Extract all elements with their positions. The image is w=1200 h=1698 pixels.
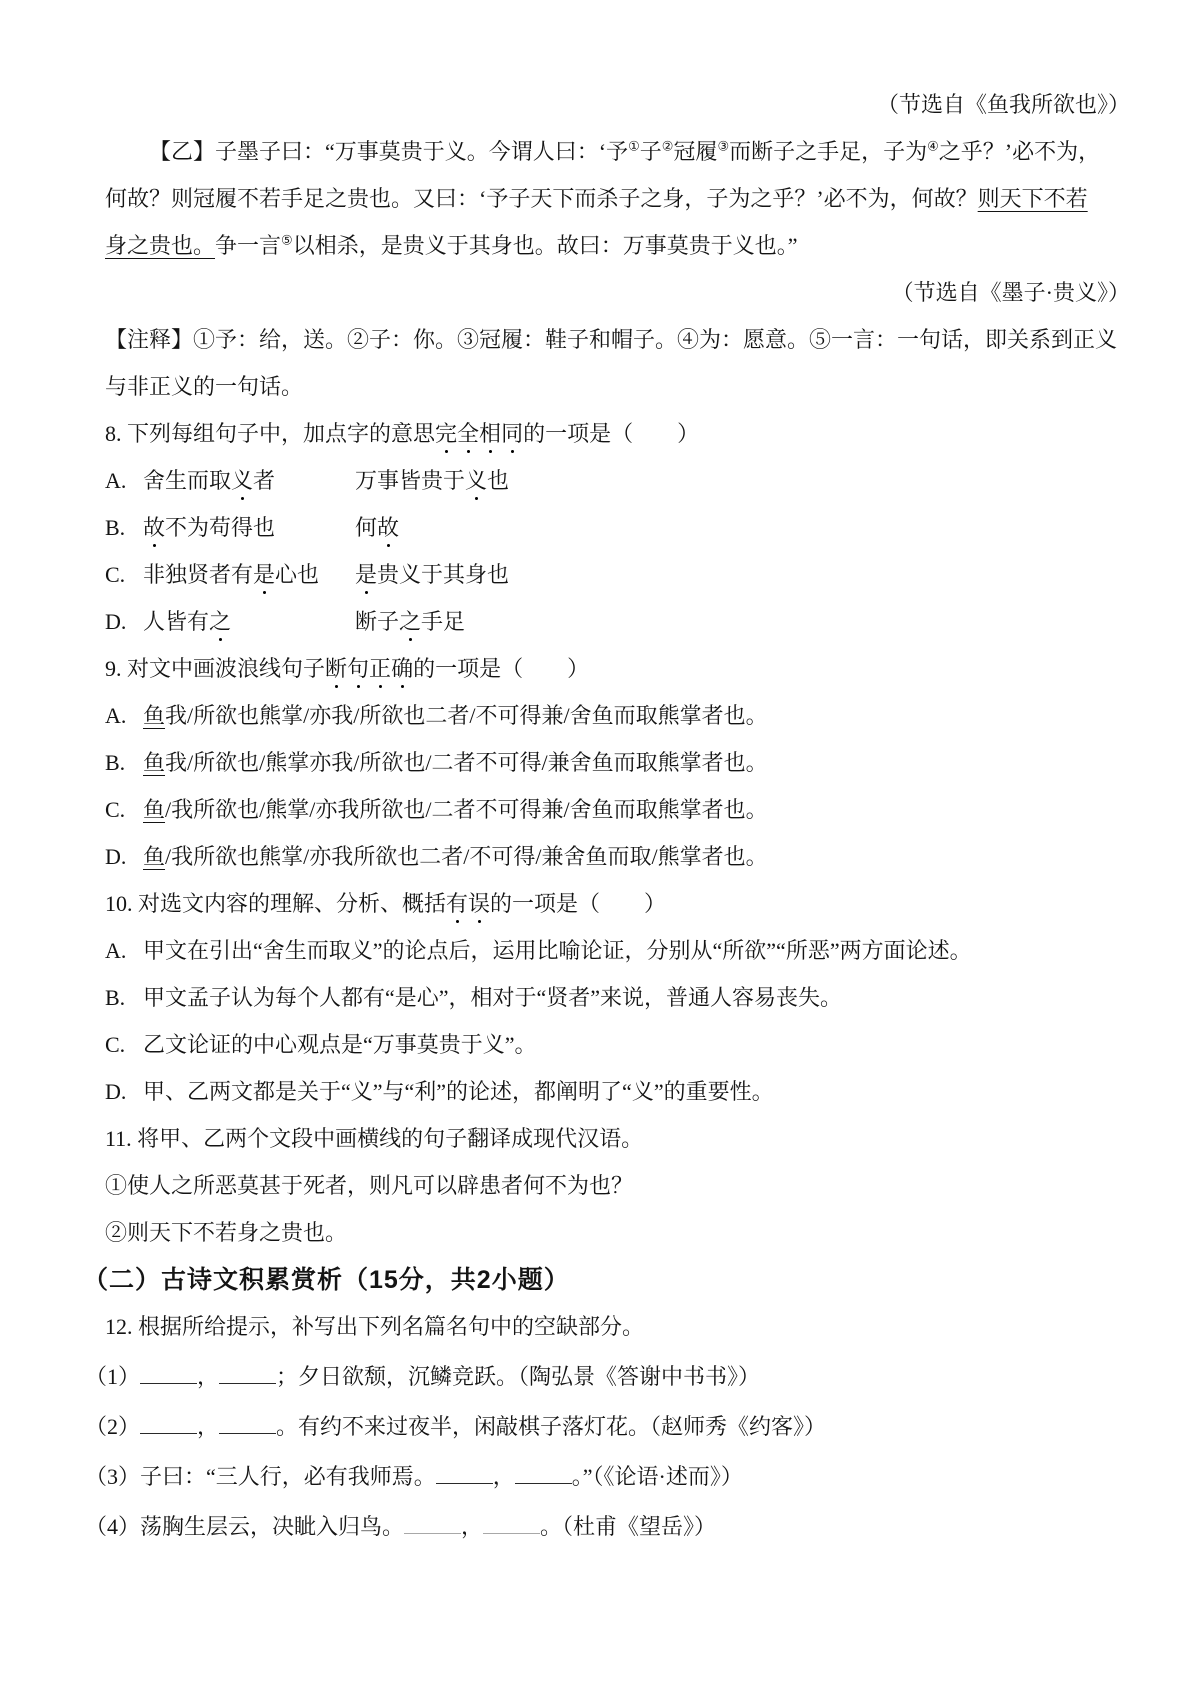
q9-option-row-c: C. 鱼/我所欲也/熊掌/亦我所欲也/二者不可得兼/舍鱼而取熊掌者也。 — [105, 797, 1150, 823]
option-label: C. — [105, 562, 143, 588]
option-label: A. — [105, 468, 143, 494]
option-text: 甲、乙两文都是关于“义”与“利”的论述，都阐明了“义”的重要性。 — [143, 1079, 1150, 1105]
attribution-jia: （节选自《鱼我所欲也》） — [105, 92, 1150, 118]
option-label: A. — [105, 938, 143, 964]
option-text: 鱼/我所欲也/熊掌/亦我所欲也/二者不可得兼/舍鱼而取熊掌者也。 — [143, 797, 1150, 823]
option-phrase-2: 何故 — [355, 515, 1150, 541]
option-phrase-2: 是贵义于其身也 — [355, 562, 1150, 588]
q9-option-row-b: B. 鱼我/所欲也/熊掌亦我/所欲也/二者不可得/兼舍鱼而取熊掌者也。 — [105, 750, 1150, 776]
option-text: 乙文论证的中心观点是“万事莫贵于义”。 — [143, 1032, 1150, 1058]
notes-line1: 【注释】①予：给，送。②子：你。③冠履：鞋子和帽子。④为：愿意。⑤一言：一句话，… — [105, 327, 1150, 353]
section-2-title: （二）古诗文积累赏析（15分，共2小题） — [83, 1267, 1150, 1293]
option-phrase-1: 人皆有之 — [143, 609, 355, 635]
option-label: C. — [105, 1032, 143, 1058]
answer-blank — [436, 1461, 493, 1484]
q8-option-row-d: D. 人皆有之 断子之手足 — [105, 609, 1150, 635]
q12-item-1: （1），；夕日欲颓，沉鳞竞跃。（陶弘景《答谢中书书》） — [85, 1361, 1150, 1390]
attribution-yi: （节选自《墨子·贵义》） — [105, 280, 1150, 306]
option-text: 鱼/我所欲也熊掌/亦我所欲也二者/不可得/兼舍鱼而取/熊掌者也。 — [143, 844, 1150, 870]
q8-option-row-c: C. 非独贤者有是心也 是贵义于其身也 — [105, 562, 1150, 588]
question-10-stem: 10. 对选文内容的理解、分析、概括有误的一项是（ ） — [105, 891, 1150, 917]
option-label: C. — [105, 797, 143, 823]
option-phrase-1: 舍生而取义者 — [143, 468, 355, 494]
q10-option-row-d: D. 甲、乙两文都是关于“义”与“利”的论述，都阐明了“义”的重要性。 — [105, 1079, 1150, 1105]
answer-blank — [219, 1361, 276, 1384]
exam-page: （节选自《鱼我所欲也》） 【乙】子墨子曰：“万事莫贵于义。今谓人曰：‘予①子②冠… — [0, 0, 1200, 1540]
option-label: B. — [105, 750, 143, 776]
option-label: D. — [105, 609, 143, 635]
option-phrase-1: 非独贤者有是心也 — [143, 562, 355, 588]
option-label: D. — [105, 1079, 143, 1105]
answer-blank — [404, 1511, 461, 1534]
answer-blank — [515, 1461, 572, 1484]
option-text: 甲文在引出“舍生而取义”的论点后，运用比喻论证，分别从“所欲”“所恶”两方面论述… — [143, 938, 1150, 964]
question-12-stem: 12. 根据所给提示，补写出下列名篇名句中的空缺部分。 — [105, 1314, 1150, 1340]
option-text: 甲文孟子认为每个人都有“是心”，相对于“贤者”来说，普通人容易丧失。 — [143, 985, 1150, 1011]
q12-item-4: （4）荡胸生层云，决眦入归鸟。，。（杜甫《望岳》） — [85, 1511, 1150, 1540]
question-9-stem: 9. 对文中画波浪线句子断句正确的一项是（ ） — [105, 656, 1150, 682]
q12-item-2: （2），。有约不来过夜半，闲敲棋子落灯花。（赵师秀《约客》） — [85, 1411, 1150, 1440]
passage-yi-line2: 何故？则冠履不若手足之贵也。又曰：‘予子天下而杀子之身，子为之乎？’必不为，何故… — [105, 186, 1150, 212]
q11-sentence-2: ②则天下不若身之贵也。 — [105, 1220, 1150, 1246]
option-label: B. — [105, 515, 143, 541]
q9-option-row-d: D. 鱼/我所欲也熊掌/亦我所欲也二者/不可得/兼舍鱼而取/熊掌者也。 — [105, 844, 1150, 870]
q10-option-row-c: C. 乙文论证的中心观点是“万事莫贵于义”。 — [105, 1032, 1150, 1058]
option-phrase-1: 故不为苟得也 — [143, 515, 355, 541]
option-phrase-2: 断子之手足 — [355, 609, 1150, 635]
option-text: 鱼我/所欲也/熊掌亦我/所欲也/二者不可得/兼舍鱼而取熊掌者也。 — [143, 750, 1150, 776]
option-label: A. — [105, 703, 143, 729]
passage-yi-line1: 【乙】子墨子曰：“万事莫贵于义。今谓人曰：‘予①子②冠履③而断子之手足，子为④之… — [105, 139, 1150, 165]
q12-item-3: （3）子曰：“三人行，必有我师焉。，。”（《论语·述而》） — [85, 1461, 1150, 1490]
option-phrase-2: 万事皆贵于义也 — [355, 468, 1150, 494]
option-label: D. — [105, 844, 143, 870]
answer-blank — [483, 1511, 540, 1534]
q10-option-row-a: A. 甲文在引出“舍生而取义”的论点后，运用比喻论证，分别从“所欲”“所恶”两方… — [105, 938, 1150, 964]
option-label: B. — [105, 985, 143, 1011]
q11-sentence-1: ①使人之所恶莫甚于死者，则凡可以辟患者何不为也？ — [105, 1173, 1150, 1199]
option-text: 鱼我/所欲也熊掌/亦我/所欲也二者/不可得兼/舍鱼而取熊掌者也。 — [143, 703, 1150, 729]
passage-yi-line3: 身之贵也。争一言⑤以相杀，是贵义于其身也。故曰：万事莫贵于义也。” — [105, 233, 1150, 259]
question-8-stem: 8. 下列每组句子中，加点字的意思完全相同的一项是（ ） — [105, 421, 1150, 447]
answer-blank — [140, 1411, 197, 1434]
answer-blank — [140, 1361, 197, 1384]
q8-option-row-a: A. 舍生而取义者 万事皆贵于义也 — [105, 468, 1150, 494]
q9-option-row-a: A. 鱼我/所欲也熊掌/亦我/所欲也二者/不可得兼/舍鱼而取熊掌者也。 — [105, 703, 1150, 729]
q8-option-row-b: B. 故不为苟得也 何故 — [105, 515, 1150, 541]
question-11-stem: 11. 将甲、乙两个文段中画横线的句子翻译成现代汉语。 — [105, 1126, 1150, 1152]
notes-line2: 与非正义的一句话。 — [105, 374, 1150, 400]
q10-option-row-b: B. 甲文孟子认为每个人都有“是心”，相对于“贤者”来说，普通人容易丧失。 — [105, 985, 1150, 1011]
answer-blank — [219, 1411, 276, 1434]
